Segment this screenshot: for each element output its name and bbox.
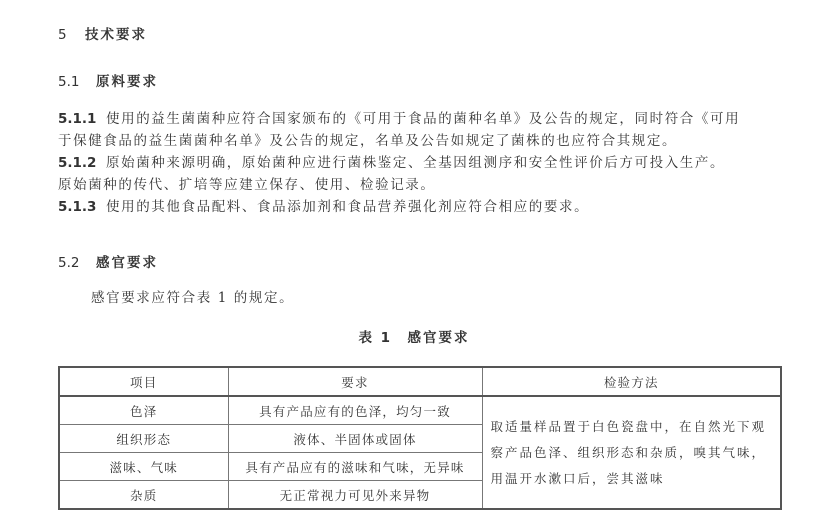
subsection-number: 5.1 <box>58 74 96 90</box>
subsection-heading-5-2: 5.2感官要求 <box>58 251 158 271</box>
table-row: 色泽 具有产品应有的色泽，均匀一致 取适量样品置于白色瓷盘中，在自然光下观察产品… <box>59 396 781 425</box>
clause-number: 5.1.1 <box>58 108 106 130</box>
section-number: 5 <box>58 27 85 43</box>
header-requirement: 要求 <box>228 367 482 396</box>
clause-5-1-1: 5.1.1使用的益生菌菌种应符合国家颁布的《可用于食品的菌种名单》及公告的规定，… <box>58 108 778 152</box>
header-item: 项目 <box>59 367 228 396</box>
clause-number: 5.1.2 <box>58 152 106 174</box>
cell-requirement: 具有产品应有的色泽，均匀一致 <box>228 396 482 425</box>
sensory-intro: 感官要求应符合表 1 的规定。 <box>91 287 811 309</box>
subsection-heading-5-1: 5.1原料要求 <box>58 70 158 90</box>
section-heading: 5技术要求 <box>58 23 147 43</box>
clause-text: 使用的其他食品配料、食品添加剂和食品营养强化剂应符合相应的要求。 <box>106 199 589 215</box>
cell-item: 杂质 <box>59 481 228 510</box>
clause-text: 原始菌种来源明确，原始菌种应进行菌株鉴定、全基因组测序和安全性评价后方可投入生产… <box>106 155 725 171</box>
cell-item: 组织形态 <box>59 425 228 453</box>
cell-item: 滋味、气味 <box>59 453 228 481</box>
section-title: 技术要求 <box>85 27 147 43</box>
clause-text-cont: 于保健食品的益生菌菌种名单》及公告的规定，名单及公告如规定了菌株的也应符合其规定… <box>58 133 677 149</box>
cell-requirement: 具有产品应有的滋味和气味，无异味 <box>228 453 482 481</box>
subsection-title: 原料要求 <box>96 74 158 90</box>
cell-requirement: 液体、半固体或固体 <box>228 425 482 453</box>
clause-text-cont: 原始菌种的传代、扩培等应建立保存、使用、检验记录。 <box>58 177 436 193</box>
cell-item: 色泽 <box>59 396 228 425</box>
sensory-requirements-table: 项目 要求 检验方法 色泽 具有产品应有的色泽，均匀一致 取适量样品置于白色瓷盘… <box>58 366 782 510</box>
cell-requirement: 无正常视力可见外来异物 <box>228 481 482 510</box>
table-caption: 表 1 感官要求 <box>0 326 828 346</box>
cell-method: 取适量样品置于白色瓷盘中，在自然光下观察产品色泽、组织形态和杂质，嗅其气味，用温… <box>482 396 781 509</box>
clause-number: 5.1.3 <box>58 196 106 218</box>
clause-5-1-3: 5.1.3使用的其他食品配料、食品添加剂和食品营养强化剂应符合相应的要求。 <box>58 196 778 218</box>
clause-text: 使用的益生菌菌种应符合国家颁布的《可用于食品的菌种名单》及公告的规定，同时符合《… <box>106 111 740 127</box>
table-header-row: 项目 要求 检验方法 <box>59 367 781 396</box>
subsection-title: 感官要求 <box>96 255 158 271</box>
clause-5-1-2: 5.1.2原始菌种来源明确，原始菌种应进行菌株鉴定、全基因组测序和安全性评价后方… <box>58 152 778 196</box>
subsection-number: 5.2 <box>58 255 96 271</box>
header-method: 检验方法 <box>482 367 781 396</box>
